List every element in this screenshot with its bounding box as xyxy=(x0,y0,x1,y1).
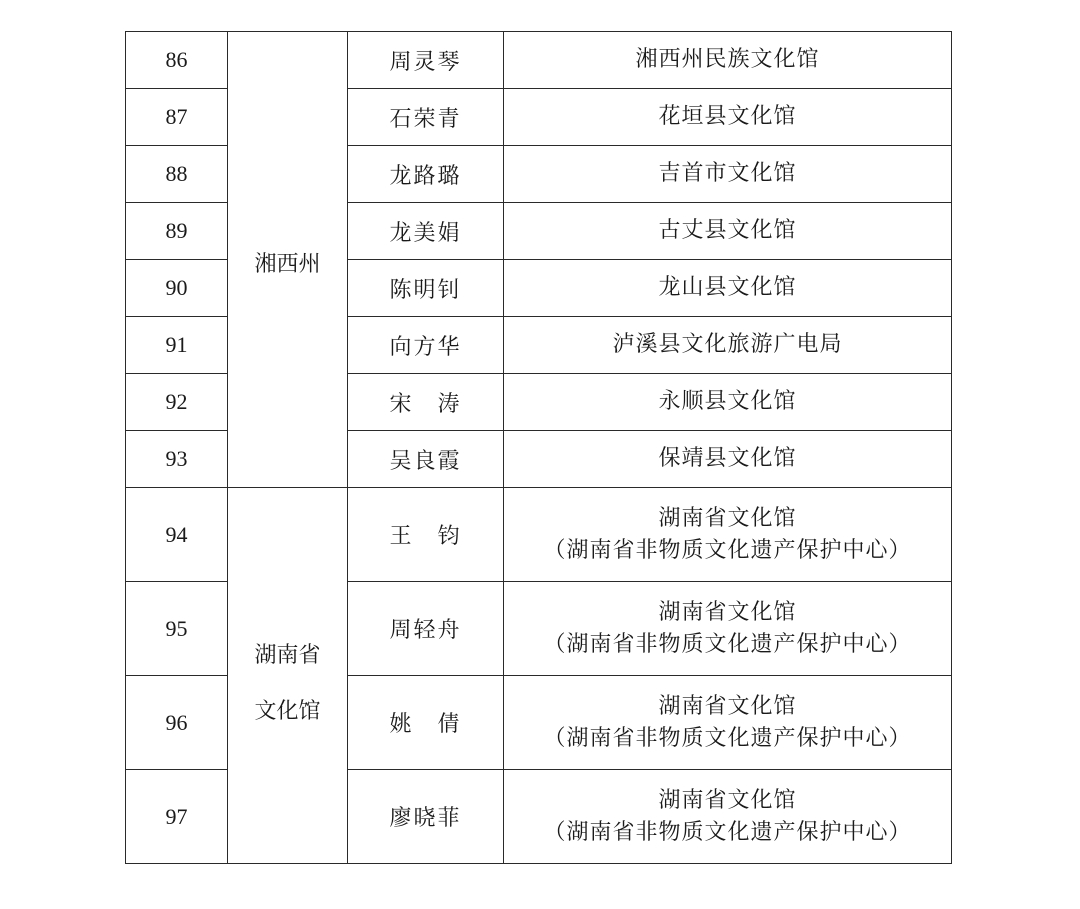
unit-cell: 永顺县文化馆 xyxy=(504,374,952,431)
region-cell: 湖南省 文化馆 xyxy=(228,488,348,864)
name-cell: 周灵琴 xyxy=(348,32,504,89)
person-name: 吴良霞 xyxy=(389,449,461,474)
unit-name: 古丈县文化馆 xyxy=(504,215,951,247)
unit-name: 龙山县文化馆 xyxy=(504,272,951,304)
row-number: 89 xyxy=(126,203,228,260)
unit-cell: 龙山县文化馆 xyxy=(504,260,952,317)
region-label-line-2: 文化馆 xyxy=(228,684,347,740)
row-number: 93 xyxy=(126,431,228,488)
unit-name: 湖南省文化馆 xyxy=(504,597,951,629)
unit-subname: （湖南省非物质文化遗产保护中心） xyxy=(504,535,951,567)
table-row: 94 湖南省 文化馆 王 钧 湖南省文化馆 （湖南省非物质文化遗产保护中心） xyxy=(126,488,952,582)
row-number: 92 xyxy=(126,374,228,431)
unit-name: 湖南省文化馆 xyxy=(504,785,951,817)
unit-cell: 湖南省文化馆 （湖南省非物质文化遗产保护中心） xyxy=(504,488,952,582)
unit-name: 保靖县文化馆 xyxy=(504,443,951,475)
name-cell: 向方华 xyxy=(348,317,504,374)
person-name: 周灵琴 xyxy=(389,50,461,75)
name-cell: 龙美娟 xyxy=(348,203,504,260)
person-name: 宋 涛 xyxy=(389,392,461,417)
row-number: 96 xyxy=(126,676,228,770)
unit-name: 永顺县文化馆 xyxy=(504,386,951,418)
table-row: 86 湘西州 周灵琴 湘西州民族文化馆 xyxy=(126,32,952,89)
unit-name: 吉首市文化馆 xyxy=(504,158,951,190)
unit-cell: 湖南省文化馆 （湖南省非物质文化遗产保护中心） xyxy=(504,770,952,864)
unit-cell: 花垣县文化馆 xyxy=(504,89,952,146)
name-cell: 吴良霞 xyxy=(348,431,504,488)
row-number: 97 xyxy=(126,770,228,864)
name-cell: 廖晓菲 xyxy=(348,770,504,864)
person-name: 陈明钊 xyxy=(389,278,461,303)
unit-name: 湖南省文化馆 xyxy=(504,691,951,723)
person-name: 龙路璐 xyxy=(389,164,461,189)
unit-subname: （湖南省非物质文化遗产保护中心） xyxy=(504,723,951,755)
row-number: 94 xyxy=(126,488,228,582)
row-number: 86 xyxy=(126,32,228,89)
name-cell: 石荣青 xyxy=(348,89,504,146)
unit-cell: 湘西州民族文化馆 xyxy=(504,32,952,89)
person-name: 王 钧 xyxy=(389,524,461,549)
unit-name: 湖南省文化馆 xyxy=(504,503,951,535)
unit-cell: 保靖县文化馆 xyxy=(504,431,952,488)
name-cell: 宋 涛 xyxy=(348,374,504,431)
unit-name: 湘西州民族文化馆 xyxy=(504,44,951,76)
row-number: 88 xyxy=(126,146,228,203)
person-name: 周轻舟 xyxy=(389,618,461,643)
region-label: 湘西州 xyxy=(228,237,347,293)
region-cell: 湘西州 xyxy=(228,32,348,488)
unit-name: 泸溪县文化旅游广电局 xyxy=(504,329,951,361)
name-cell: 王 钧 xyxy=(348,488,504,582)
unit-cell: 古丈县文化馆 xyxy=(504,203,952,260)
person-name: 廖晓菲 xyxy=(389,806,461,831)
row-number: 91 xyxy=(126,317,228,374)
unit-cell: 湖南省文化馆 （湖南省非物质文化遗产保护中心） xyxy=(504,582,952,676)
person-name: 龙美娟 xyxy=(389,221,461,246)
name-cell: 姚 倩 xyxy=(348,676,504,770)
name-cell: 龙路璐 xyxy=(348,146,504,203)
unit-subname: （湖南省非物质文化遗产保护中心） xyxy=(504,817,951,849)
name-cell: 陈明钊 xyxy=(348,260,504,317)
row-number: 95 xyxy=(126,582,228,676)
unit-cell: 泸溪县文化旅游广电局 xyxy=(504,317,952,374)
unit-cell: 吉首市文化馆 xyxy=(504,146,952,203)
unit-name: 花垣县文化馆 xyxy=(504,101,951,133)
row-number: 90 xyxy=(126,260,228,317)
person-name: 姚 倩 xyxy=(389,712,461,737)
unit-cell: 湖南省文化馆 （湖南省非物质文化遗产保护中心） xyxy=(504,676,952,770)
row-number: 87 xyxy=(126,89,228,146)
person-name: 向方华 xyxy=(389,335,461,360)
region-label-line-1: 湖南省 xyxy=(228,628,347,684)
person-name: 石荣青 xyxy=(389,107,461,132)
unit-subname: （湖南省非物质文化遗产保护中心） xyxy=(504,629,951,661)
name-cell: 周轻舟 xyxy=(348,582,504,676)
roster-table: 86 湘西州 周灵琴 湘西州民族文化馆 87 石荣青 花垣县文化馆 88 龙路璐… xyxy=(125,31,952,864)
